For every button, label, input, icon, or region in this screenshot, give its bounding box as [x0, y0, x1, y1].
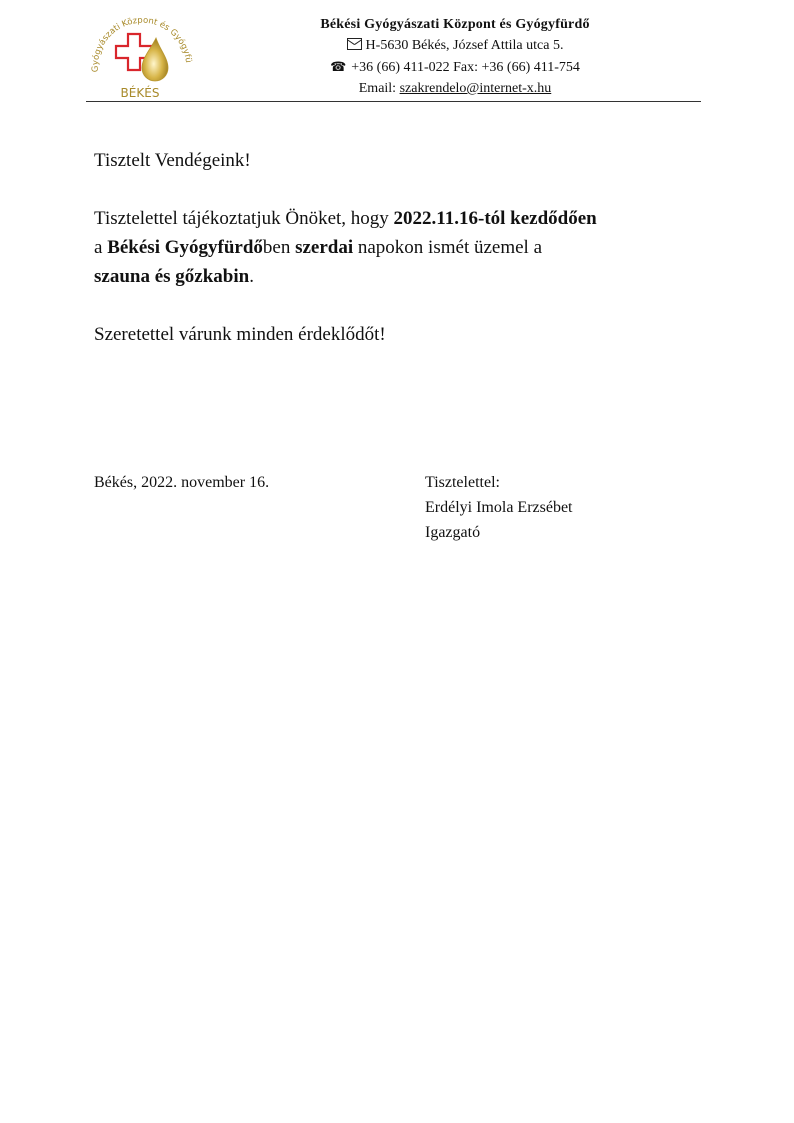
closing-line: Szeretettel várunk minden érdeklődőt!: [94, 320, 714, 349]
email-line: Email: szakrendelo@internet-x.hu: [280, 78, 630, 99]
place-date: Békés, 2022. november 16.: [94, 470, 269, 495]
organization-name: Békési Gyógyászati Központ és Gyógyfürdő: [280, 15, 630, 35]
text: ben: [263, 237, 295, 258]
phone-line: ☎+36 (66) 411-022 Fax: +36 (66) 411-754: [280, 56, 630, 78]
email-label: Email:: [359, 81, 400, 96]
envelope-icon: [347, 38, 362, 50]
text: .: [249, 266, 254, 287]
weekday: szerdai: [295, 237, 353, 258]
logo-graphic: Gyógyászati Központ és Gyógyfürdő BÉKÉS: [84, 14, 196, 100]
start-date: 2022.11.16-tól kezdődően: [394, 208, 597, 229]
logo: Gyógyászati Központ és Gyógyfürdő BÉKÉS: [84, 14, 196, 100]
text: napokon ismét üzemel a: [353, 237, 542, 258]
announcement-paragraph: Tisztelettel tájékoztatjuk Önöket, hogy …: [94, 204, 714, 291]
phone-fax: +36 (66) 411-022 Fax: +36 (66) 411-754: [351, 60, 580, 75]
signatory-title: Igazgató: [425, 520, 573, 545]
text: Tisztelettel tájékoztatjuk Önöket, hogy: [94, 208, 394, 229]
service-name: szauna és gőzkabin: [94, 266, 249, 287]
facility-name: Békési Gyógyfürdő: [107, 237, 263, 258]
address: H-5630 Békés, József Attila utca 5.: [366, 38, 564, 53]
logo-arc-text: Gyógyászati Központ és Gyógyfürdő: [84, 14, 193, 72]
salutation: Tisztelt Vendégeink!: [94, 146, 714, 175]
signatory-name: Erdélyi Imola Erzsébet: [425, 495, 573, 520]
phone-icon: ☎: [330, 59, 346, 74]
letter-body: Tisztelt Vendégeink! Tisztelettel tájéko…: [94, 146, 714, 349]
logo-city: BÉKÉS: [121, 85, 160, 100]
email-link[interactable]: szakrendelo@internet-x.hu: [400, 81, 552, 96]
text: a: [94, 237, 107, 258]
svg-text:Gyógyászati Központ és Gyógyfü: Gyógyászati Központ és Gyógyfürdő: [84, 14, 193, 72]
address-line: H-5630 Békés, József Attila utca 5.: [280, 35, 630, 56]
signature-greeting: Tisztelettel:: [425, 470, 573, 495]
letterhead: Békési Gyógyászati Központ és Gyógyfürdő…: [280, 15, 630, 99]
header-divider: [86, 101, 701, 102]
signature-block: Tisztelettel: Erdélyi Imola Erzsébet Iga…: [425, 470, 573, 545]
